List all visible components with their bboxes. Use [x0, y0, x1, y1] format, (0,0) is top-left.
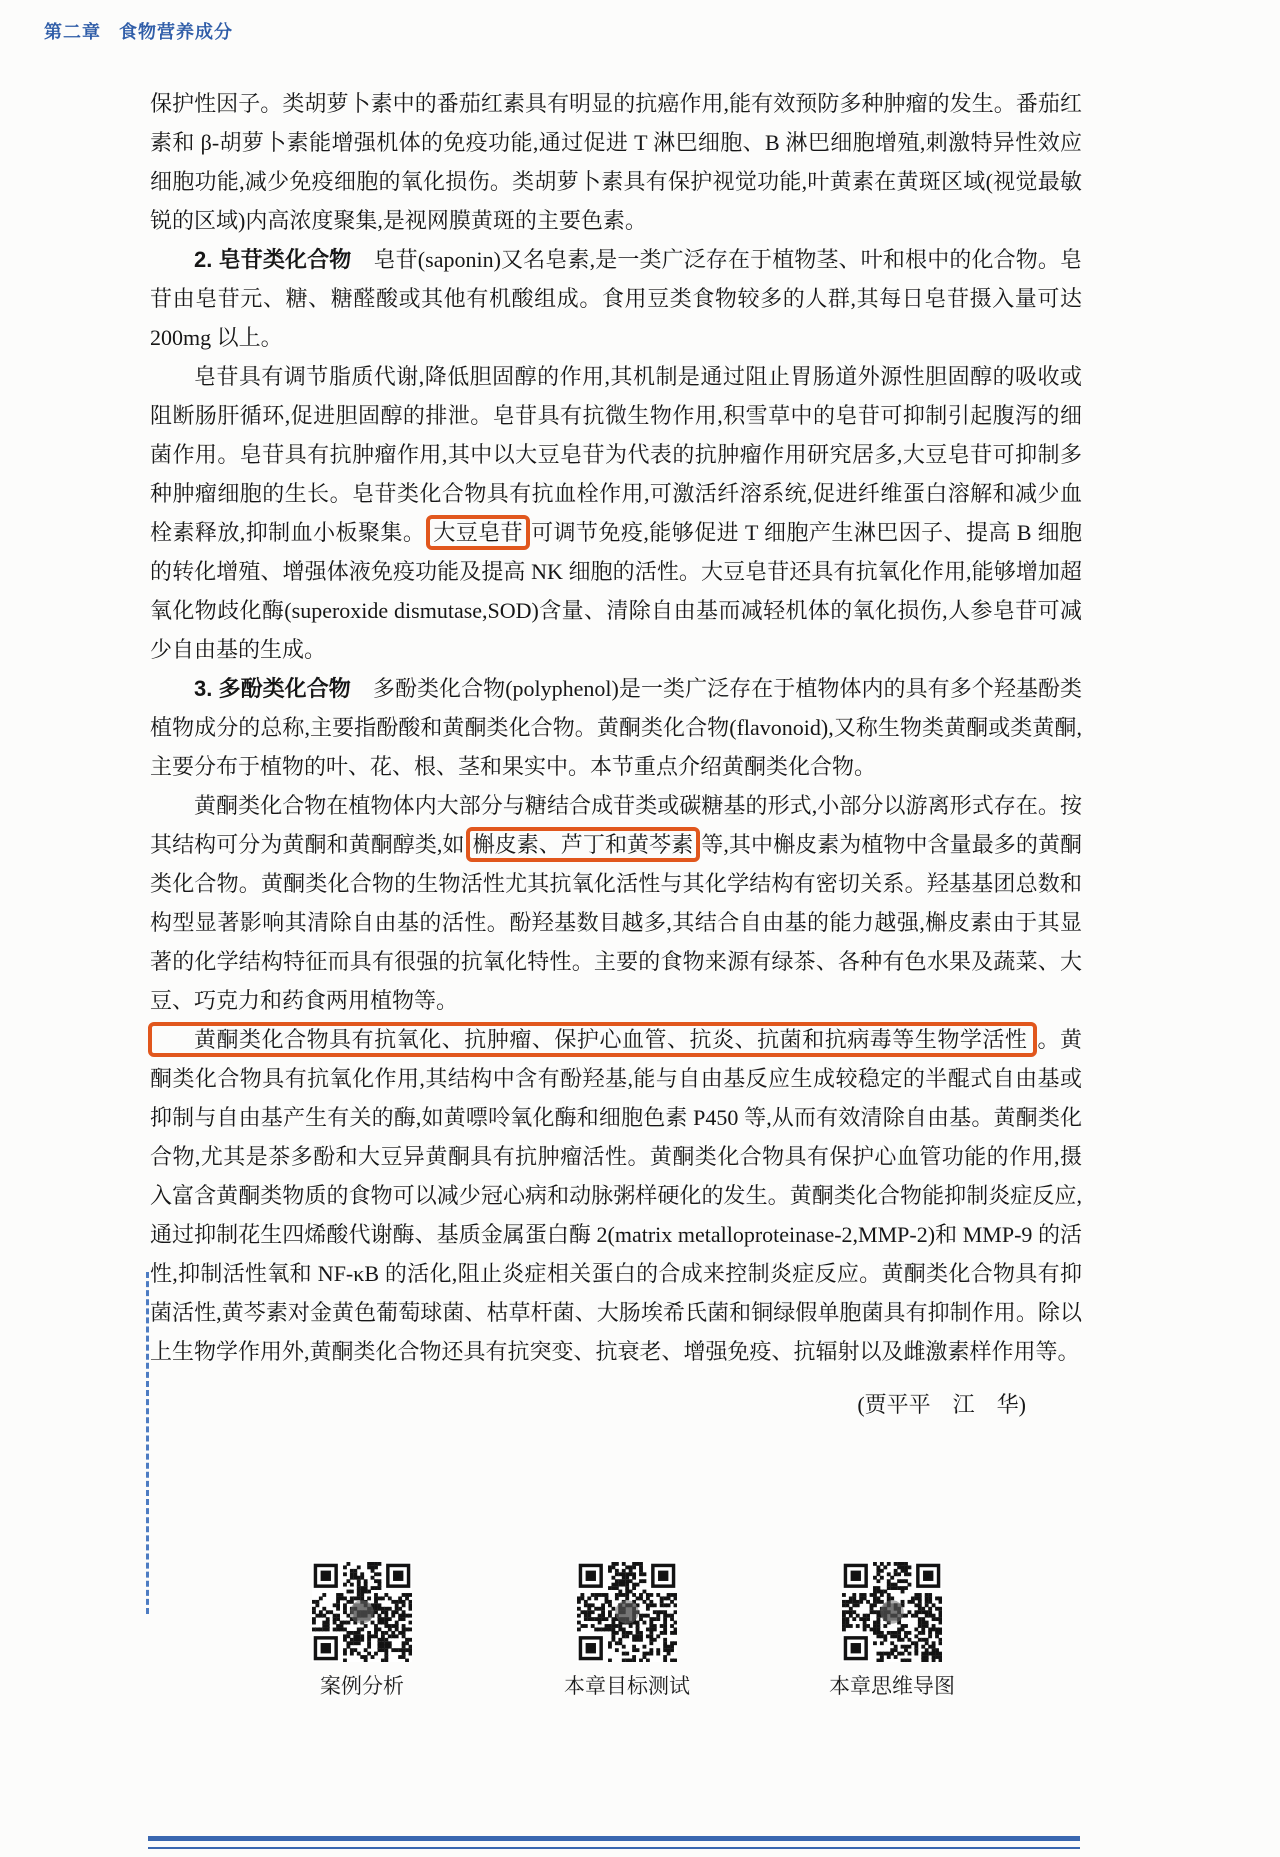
paragraph-text: 。黄酮类化合物具有抗氧化作用,其结构中含有酚羟基,能与自由基反应生成较稳定的半醌… [150, 1027, 1082, 1364]
paragraph-flavonoid-bioactivity: 黄酮类化合物具有抗氧化、抗肿瘤、保护心血管、抗炎、抗菌和抗病毒等生物学活性。黄酮… [150, 1020, 1082, 1371]
chapter-title: 食物营养成分 [119, 22, 233, 42]
paragraph-saponin-functions: 皂苷具有调节脂质代谢,降低胆固醇的作用,其机制是通过阻止胃肠道外源性胆固醇的吸收… [150, 357, 1082, 669]
qr-code-row: 案例分析 本章目标测试 本章思维导图 [150, 1562, 1080, 1700]
qr-item-case-analysis: 案例分析 [282, 1562, 442, 1700]
highlight-box-quercetin-rutin-baicalein: 槲皮素、芦丁和黄芩素 [466, 827, 701, 862]
heading-saponin: 2. 皂苷类化合物 [194, 247, 373, 272]
textbook-page: 第二章食物营养成分 保护性因子。类胡萝卜素中的番茄红素具有明显的抗癌作用,能有效… [0, 0, 1280, 1857]
highlight-box-soy-saponin: 大豆皂苷 [426, 515, 530, 550]
qr-code-mind-map [842, 1562, 942, 1662]
author-signature: (贾平平 江 华) [150, 1385, 1082, 1424]
paragraph-carotenoids: 保护性因子。类胡萝卜素中的番茄红素具有明显的抗癌作用,能有效预防多种肿瘤的发生。… [150, 84, 1082, 240]
dashed-divider [146, 1272, 149, 1614]
qr-caption: 案例分析 [320, 1670, 404, 1700]
paragraph-text: 保护性因子。类胡萝卜素中的番茄红素具有明显的抗癌作用,能有效预防多种肿瘤的发生。… [150, 91, 1082, 233]
running-header: 第二章食物营养成分 [44, 18, 233, 44]
qr-item-mind-map: 本章思维导图 [812, 1562, 972, 1700]
bottom-rule-thick [148, 1836, 1080, 1841]
qr-caption: 本章思维导图 [829, 1670, 955, 1700]
qr-code-case-analysis [312, 1562, 412, 1662]
chapter-label: 第二章 [44, 22, 101, 42]
paragraph-flavonoid-structure: 黄酮类化合物在植物体内大部分与糖结合成苷类或碳糖基的形式,小部分以游离形式存在。… [150, 786, 1082, 1020]
highlight-box-flavonoid-activities: 黄酮类化合物具有抗氧化、抗肿瘤、保护心血管、抗炎、抗菌和抗病毒等生物学活性 [148, 1022, 1037, 1057]
paragraph-saponin-intro: 2. 皂苷类化合物皂苷(saponin)又名皂素,是一类广泛存在于植物茎、叶和根… [150, 240, 1082, 357]
qr-code-chapter-test [577, 1562, 677, 1662]
paragraph-polyphenol-intro: 3. 多酚类化合物多酚类化合物(polyphenol)是一类广泛存在于植物体内的… [150, 669, 1082, 786]
heading-polyphenol: 3. 多酚类化合物 [194, 676, 373, 701]
body-text-column: 保护性因子。类胡萝卜素中的番茄红素具有明显的抗癌作用,能有效预防多种肿瘤的发生。… [150, 84, 1082, 1424]
paragraph-text: 皂苷具有调节脂质代谢,降低胆固醇的作用,其机制是通过阻止胃肠道外源性胆固醇的吸收… [150, 364, 1082, 545]
bottom-rule-thin [148, 1847, 1080, 1849]
qr-item-chapter-test: 本章目标测试 [547, 1562, 707, 1700]
qr-caption: 本章目标测试 [564, 1670, 690, 1700]
